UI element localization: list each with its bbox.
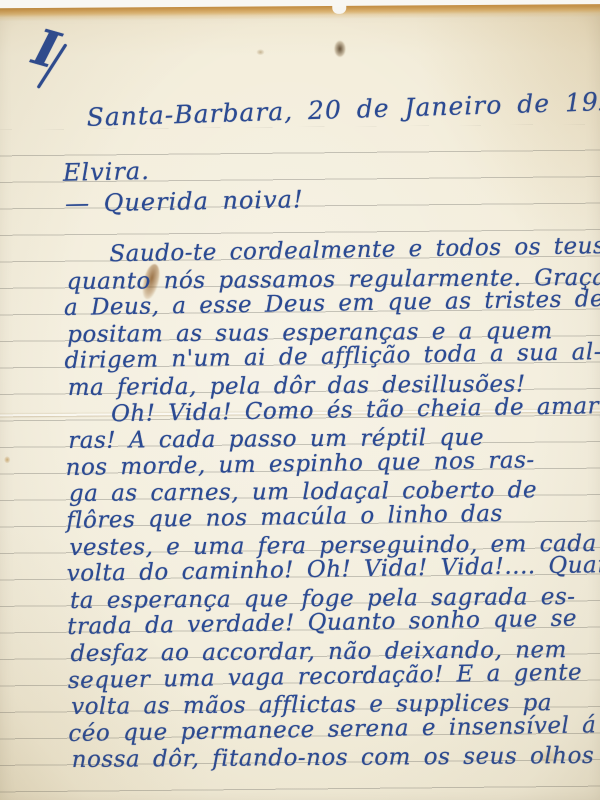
aged-paper-top-edge bbox=[0, 4, 600, 21]
manuscript-line: nossa dôr, fitando-nos com os seus olhos… bbox=[72, 743, 600, 774]
letter-body: Saudo-te cordealmente e todos os teus, e… bbox=[63, 236, 600, 774]
roman-numeral: I bbox=[28, 22, 64, 76]
letter-paper: I Santa-Barbara, 20 de Janeiro de 1920 E… bbox=[0, 6, 600, 800]
stain bbox=[256, 49, 264, 55]
stain bbox=[334, 41, 345, 57]
page-number-mark: I bbox=[28, 28, 74, 90]
salutation: — Querida noiva! bbox=[65, 185, 304, 217]
letter-scan: I Santa-Barbara, 20 de Janeiro de 1920 E… bbox=[0, 0, 600, 800]
recipient-name: Elvira. bbox=[63, 157, 150, 187]
